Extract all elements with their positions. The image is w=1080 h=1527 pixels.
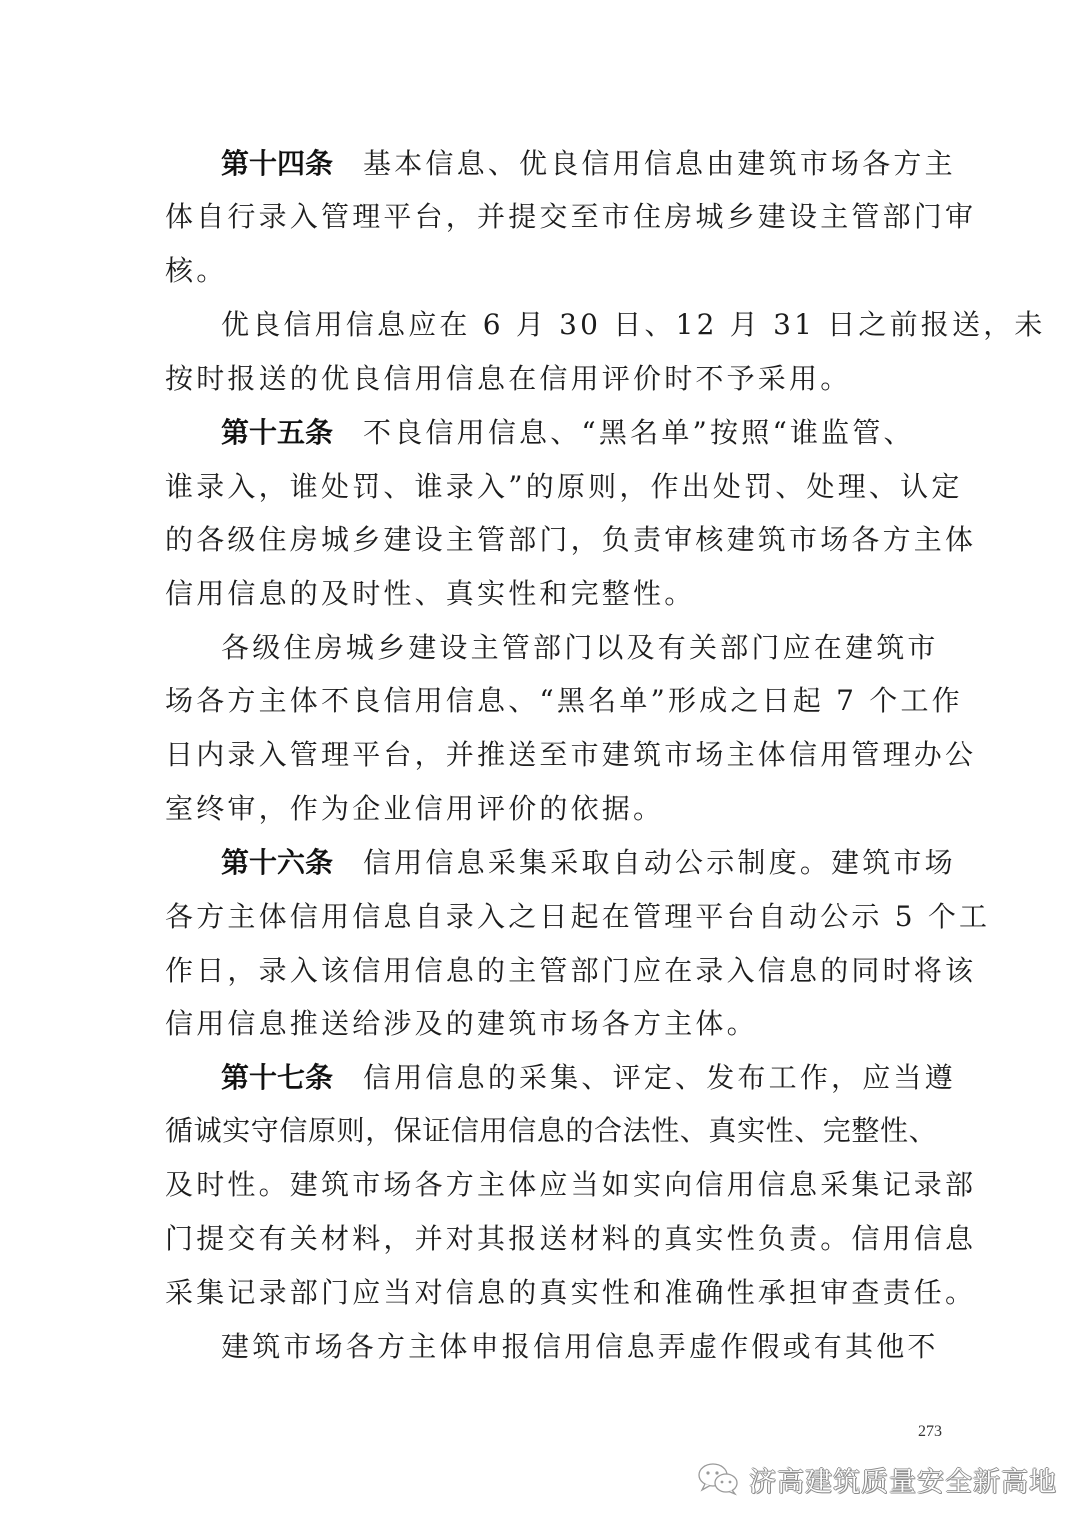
- paragraph-departments-line-2: 场各方主体不良信用信息、“黑名单”形成之日起 7 个工作: [165, 681, 925, 721]
- article-14-line-3: 核。: [165, 251, 925, 291]
- article-17-line-4: 门提交有关材料，并对其报送材料的真实性负责。信用信息: [165, 1219, 925, 1259]
- article-17-line-3: 及时性。建筑市场各方主体应当如实向信用信息采集记录部: [165, 1165, 925, 1205]
- article-17-line-5: 采集记录部门应当对信息的真实性和准确性承担审查责任。: [165, 1273, 925, 1313]
- page-number: 273: [918, 1423, 942, 1441]
- paragraph-good-credit-line-2: 按时报送的优良信用信息在信用评价时不予采用。: [165, 359, 925, 399]
- watermark-text: 济高建筑质量安全新高地: [749, 1460, 1057, 1499]
- article-14-line-2: 体自行录入管理平台，并提交至市住房城乡建设主管部门审: [165, 197, 925, 237]
- wechat-icon: [697, 1462, 741, 1496]
- article-16-line-1: 第十六条信用信息采集采取自动公示制度。建筑市场: [221, 843, 981, 883]
- article-17-line-2: 循诚实守信原则，保证信用信息的合法性、真实性、完整性、: [165, 1111, 925, 1151]
- article-15-line-4: 信用信息的及时性、真实性和完整性。: [165, 574, 925, 614]
- article-17-number: 第十七条: [221, 1061, 333, 1094]
- paragraph-departments-line-4: 室终审，作为企业信用评价的依据。: [165, 789, 925, 829]
- article-16-line-2: 各方主体信用信息自录入之日起在管理平台自动公示 5 个工: [165, 897, 925, 937]
- paragraph-departments-line-1: 各级住房城乡建设主管部门以及有关部门应在建筑市: [221, 628, 981, 668]
- article-17-text: 信用信息的采集、评定、发布工作，应当遵: [363, 1061, 956, 1094]
- paragraph-departments-line-3: 日内录入管理平台，并推送至市建筑市场主体信用管理办公: [165, 735, 925, 775]
- article-16-line-4: 信用信息推送给涉及的建筑市场各方主体。: [165, 1004, 925, 1044]
- paragraph-false-info-line-1: 建筑市场各方主体申报信用信息弄虚作假或有其他不: [221, 1327, 981, 1367]
- article-16-text: 信用信息采集采取自动公示制度。建筑市场: [363, 846, 956, 879]
- article-15-line-2: 谁录入，谁处罚、谁录入”的原则，作出处罚、处理、认定: [165, 467, 925, 507]
- article-14-number: 第十四条: [221, 147, 333, 180]
- article-14-text: 基本信息、优良信用信息由建筑市场各方主: [363, 147, 956, 180]
- article-16-line-3: 作日，录入该信用信息的主管部门应在录入信息的同时将该: [165, 951, 925, 991]
- article-15-number: 第十五条: [221, 416, 333, 449]
- paragraph-good-credit-line-1: 优良信用信息应在 6 月 30 日、12 月 31 日之前报送，未: [221, 305, 981, 345]
- article-15-text: 不良信用信息、“黑名单”按照“谁监管、: [363, 416, 915, 449]
- article-17-line-1: 第十七条信用信息的采集、评定、发布工作，应当遵: [221, 1058, 981, 1098]
- article-15-line-3: 的各级住房城乡建设主管部门，负责审核建筑市场各方主体: [165, 520, 925, 560]
- article-14-line-1: 第十四条基本信息、优良信用信息由建筑市场各方主: [221, 144, 981, 184]
- article-15-line-1: 第十五条不良信用信息、“黑名单”按照“谁监管、: [221, 413, 981, 453]
- article-16-number: 第十六条: [221, 846, 333, 879]
- wechat-watermark: 济高建筑质量安全新高地: [697, 1459, 1057, 1499]
- document-page: 第十四条基本信息、优良信用信息由建筑市场各方主 体自行录入管理平台，并提交至市住…: [0, 0, 1080, 1527]
